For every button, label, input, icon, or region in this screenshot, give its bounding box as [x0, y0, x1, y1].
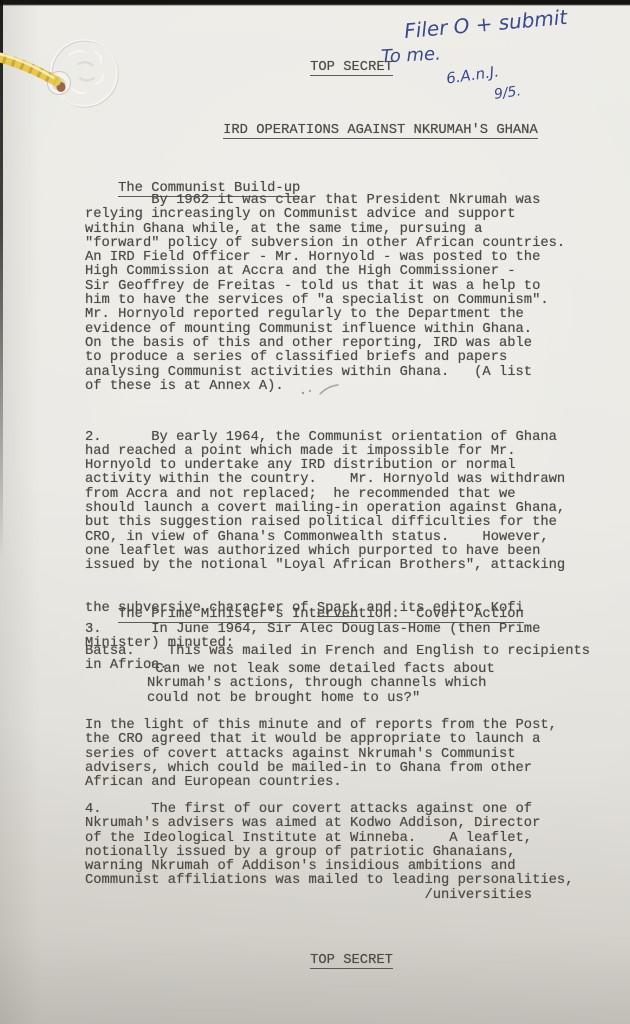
handwritten-annotation-4: 9/5.	[493, 83, 522, 103]
paragraph-1: By 1962 it was clear that President Nkru…	[85, 194, 565, 394]
classification-banner-top: TOP SECRET	[277, 47, 393, 90]
pm-minute-quote: "Can we not leak some detailed facts abo…	[147, 663, 495, 706]
classification-text: TOP SECRET	[310, 953, 393, 969]
classification-text: TOP SECRET	[310, 60, 393, 76]
paragraph-2: 2. By early 1964, the Communist orientat…	[85, 402, 590, 702]
document-title-text: IRD OPERATIONS AGAINST NKRUMAH'S GHANA	[223, 123, 538, 139]
paragraph-4: 4. The first of our covert attacks again…	[85, 803, 574, 903]
paragraph-3: 3. In June 1964, Sir Alec Douglas-Home (…	[85, 623, 540, 652]
treasury-tag	[0, 0, 180, 160]
handwritten-annotation-1: Filer O + submit	[403, 5, 568, 43]
paragraph-3-continued: In the light of this minute and of repor…	[85, 719, 557, 790]
paragraph-2-lines-a: 2. By early 1964, the Communist orientat…	[85, 431, 590, 574]
classification-banner-bottom: TOP SECRET	[277, 940, 393, 983]
document-title: IRD OPERATIONS AGAINST NKRUMAH'S GHANA	[190, 110, 538, 153]
string	[0, 53, 56, 82]
handwritten-annotation-3: 6.A.n.J.	[445, 62, 500, 87]
document-page: Filer O + submit To me. 6.A.n.J. 9/5. TO…	[0, 0, 630, 1024]
pencil-mark	[296, 380, 346, 400]
